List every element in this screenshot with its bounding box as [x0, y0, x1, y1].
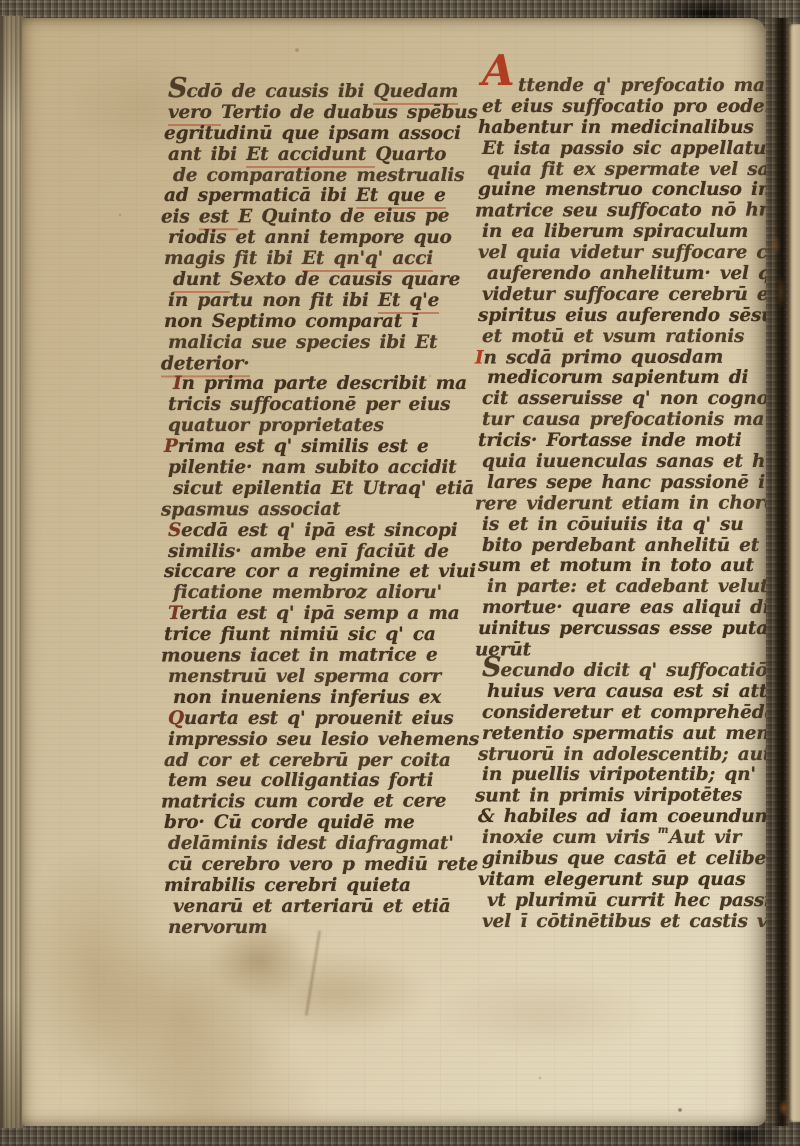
manuscript-text: T — [168, 603, 179, 624]
manuscript-line: tem seu colligantias forti — [168, 771, 468, 792]
manuscript-text: ttende q' prefocatio matricis — [518, 75, 766, 96]
manuscript-text: siccare cor a regimine et viui — [164, 561, 476, 582]
manuscript-text: cit asseruisse q' non cognosci — [482, 388, 766, 409]
manuscript-line: rere viderunt etiam in chore — [475, 493, 766, 515]
manuscript-text: ginibus que castā et celibem — [482, 848, 766, 869]
manuscript-line: ad spermaticā ibi Et que e — [164, 186, 464, 207]
manuscript-line: huius vera causa est si attēte — [487, 682, 766, 703]
manuscript-line: impressio seu lesio vehemens — [168, 730, 468, 751]
manuscript-line: In scdā primo quosdam — [475, 347, 766, 369]
manuscript-line: in puellis viripotentib; qn' — [482, 765, 766, 786]
manuscript-line: trice fiunt nimiū sic q' ca — [164, 625, 464, 646]
manuscript-text: ad cor et cerebrū per coita — [164, 750, 451, 771]
manuscript-line: habentur in medicinalibus — [478, 118, 766, 139]
crease-mark — [305, 930, 320, 1015]
manuscript-line: sunt in primis viripotētes — [475, 786, 766, 808]
manuscript-text: delāminis idest diafragmat' — [168, 833, 454, 854]
manuscript-line: malicia sue species ibi Et — [168, 333, 468, 354]
manuscript-text: auferendo anhelitum· vel q' — [487, 263, 766, 284]
manuscript-line: Attende q' prefocatio matricis — [482, 76, 766, 97]
manuscript-text: S — [168, 520, 181, 541]
manuscript-text: non Septimo comparat ī — [164, 311, 418, 332]
manuscript-line: spiritus eius auferendo sēsū — [478, 306, 766, 327]
manuscript-line: Quarta est q' prouenit eius — [168, 709, 468, 730]
manuscript-line: vel ī cōtinētibus et castis viduis — [482, 912, 766, 933]
manuscript-text: quia fit ex spermate vel san — [487, 159, 766, 180]
manuscript-line: spasmus associat — [161, 499, 461, 521]
manuscript-text: vt plurimū currit hec passio — [487, 890, 766, 911]
manuscript-text: consideretur et comprehēdat' — [482, 702, 766, 723]
manuscript-line: videtur suffocare cerebrū et — [482, 285, 766, 306]
manuscript-text: Sexto de causis quare — [230, 269, 460, 290]
manuscript-line: struorū in adolescentib; aut — [478, 745, 766, 766]
manuscript-text: in parte: et cadebant velut — [487, 576, 766, 597]
manuscript-text: S — [168, 73, 187, 104]
manuscript-line: sicut epilentia Et Utraq' etiā — [173, 479, 473, 500]
manuscript-line: in ea liberum spiraculum — [482, 222, 766, 243]
manuscript-line: eis est E Quinto de eius pe — [161, 207, 461, 229]
manuscript-text: & habiles ad iam coeundum — [478, 806, 766, 827]
manuscript-text: tur causa prefocationis ma — [482, 409, 764, 430]
manuscript-text: quia iuuenculas sanas et hi — [482, 451, 766, 472]
manuscript-text: videtur suffocare cerebrū et — [482, 284, 766, 305]
manuscript-text: uarta est q' prouenit eius — [184, 708, 454, 729]
manuscript-line: ant ibi Et accidunt Quarto — [168, 145, 468, 166]
manuscript-text: et eius suffocatio pro eodem — [482, 96, 766, 117]
manuscript-line: magis fit ibi Et qn'q' acci — [164, 249, 464, 270]
manuscript-text: medicorum sapientum di — [487, 367, 748, 388]
manuscript-text: magis fit ibi — [164, 248, 302, 269]
manuscript-line: dunt Sexto de causis quare — [173, 270, 473, 291]
manuscript-text: ecundo dicit q' suffocatiōe — [501, 660, 767, 681]
manuscript-text: spiritus eius auferendo sēsū — [478, 305, 766, 326]
manuscript-line: in parte: et cadebant velut — [487, 577, 766, 598]
manuscript-text: ficatione membroz alioru' — [173, 582, 442, 603]
manuscript-text: venarū et arteriarū et etiā — [173, 896, 451, 917]
text-column-left: Scdō de causis ibi Quedamvero Tertio de … — [168, 82, 468, 939]
manuscript-line: similis· ambe enī faciūt de — [168, 542, 468, 563]
manuscript-text: matricis cum corde et cere — [161, 791, 446, 813]
manuscript-line: medicorum sapientum di — [487, 368, 766, 389]
manuscript-text: E Quinto de eius pe — [238, 206, 449, 228]
manuscript-text: malicia sue species ibi Et — [168, 332, 437, 353]
manuscript-text: trice fiunt nimiū sic q' ca — [164, 624, 436, 645]
manuscript-text: retentio spermatis aut men — [482, 723, 766, 744]
manuscript-text: sicut epilentia Et Utraq' etiā — [173, 478, 474, 499]
manuscript-line: guine menstruo concluso in — [478, 180, 766, 201]
manuscript-text: uinitus percussas esse puta — [478, 618, 766, 639]
manuscript-text: quatuor proprietates — [168, 415, 384, 436]
manuscript-line: & habiles ad iam coeundum — [478, 807, 766, 828]
manuscript-text: vitam elegerunt sup quas — [478, 869, 745, 890]
gutter-shadow — [764, 18, 790, 1126]
manuscript-line: auferendo anhelitum· vel q' — [487, 264, 766, 285]
manuscript-line: delāminis idest diafragmat' — [168, 834, 468, 855]
manuscript-page: Scdō de causis ibi Quedamvero Tertio de … — [22, 18, 766, 1126]
manuscript-text: de causis ibi — [232, 81, 374, 102]
manuscript-text: lares sepe hanc passionē incur — [487, 472, 766, 493]
manuscript-text: n prima parte describit ma — [181, 373, 467, 394]
manuscript-line: menstruū vel sperma corr — [168, 667, 468, 688]
manuscript-line: venarū et arteriarū et etiā — [173, 897, 473, 918]
manuscript-line: bro· Cū corde quidē me — [164, 813, 464, 834]
manuscript-text: in partu non fit ibi — [168, 290, 378, 311]
manuscript-line: lares sepe hanc passionē incur — [487, 473, 766, 494]
manuscript-line: ficatione membroz alioru' — [173, 583, 473, 604]
manuscript-text: vel ī cōtinētibus et castis viduis — [482, 911, 766, 932]
manuscript-text: egritudinū que ipsam associ — [164, 123, 461, 144]
manuscript-text: ant ibi — [168, 144, 246, 165]
manuscript-text: n scdā primo quosdam — [483, 346, 723, 368]
manuscript-line: non Septimo comparat ī — [164, 312, 464, 333]
manuscript-text: guine menstruo concluso in — [478, 179, 766, 200]
manuscript-line: vel quia videtur suffocare cor — [478, 243, 766, 264]
manuscript-text: tem seu colligantias forti — [168, 770, 433, 791]
manuscript-line: et eius suffocatio pro eodem — [482, 97, 766, 118]
manuscript-line: quatuor proprietates — [168, 416, 468, 437]
manuscript-line: nervorum — [168, 918, 468, 939]
manuscript-text: ecdā est q' ipā est sincopi — [181, 520, 457, 541]
manuscript-line: riodis et anni tempore quo — [168, 228, 468, 249]
manuscript-text: habentur in medicinalibus — [478, 117, 754, 138]
manuscript-text: riodis et anni tempore quo — [168, 227, 452, 248]
manuscript-photo: Scdō de causis ibi Quedamvero Tertio de … — [0, 0, 800, 1146]
manuscript-line: uinitus percussas esse puta — [478, 619, 766, 640]
manuscript-text: impressio seu lesio vehemens — [168, 729, 479, 750]
manuscript-line: is et in cōuiuiis ita q' su — [482, 515, 766, 536]
manuscript-line: egritudinū que ipsam associ — [164, 124, 464, 145]
manuscript-text: mortue· quare eas aliqui di — [482, 597, 766, 618]
manuscript-text: vel quia videtur suffocare cor — [478, 242, 766, 263]
manuscript-text: eis — [161, 207, 199, 228]
manuscript-text: is et in cōuiuiis ita q' su — [482, 514, 744, 535]
manuscript-text: mirabilis cerebri quieta — [164, 875, 411, 896]
manuscript-line: uerūt — [475, 640, 766, 662]
manuscript-line: non inueniens inferius ex — [173, 688, 473, 709]
manuscript-text: rere viderunt etiam in chore — [475, 492, 766, 514]
book-fore-edges — [0, 16, 24, 1128]
manuscript-text: ertia est q' ipā semp a ma — [179, 603, 459, 624]
manuscript-text: Q — [168, 708, 184, 729]
manuscript-line: consideretur et comprehēdat' — [482, 703, 766, 724]
manuscript-line: et motū et vsum rationis — [482, 327, 766, 348]
manuscript-line: in partu non fit ibi Et q'e — [168, 291, 468, 312]
manuscript-text: rima est q' similis est e — [178, 436, 429, 457]
manuscript-text: de comparatione mestrualis — [173, 165, 464, 186]
manuscript-text: sum et motum in toto aut — [478, 555, 754, 576]
manuscript-text: Aut vir — [669, 827, 741, 848]
manuscript-line: deterior· — [161, 353, 461, 375]
manuscript-text: similis· ambe enī faciūt de — [168, 541, 449, 562]
manuscript-line: quia fit ex spermate vel san — [487, 160, 766, 181]
manuscript-line: Scdō de causis ibi Quedam — [168, 82, 468, 103]
manuscript-text: tricis suffocationē per eius — [168, 394, 450, 415]
manuscript-line: matricis cum corde et cere — [161, 792, 461, 814]
manuscript-line: Prima est q' similis est e — [164, 437, 464, 458]
manuscript-text: bro· Cū corde quidē me — [164, 812, 415, 833]
manuscript-text: m — [658, 825, 668, 836]
manuscript-text: bito perdebant anhelitū et sē — [482, 535, 766, 556]
manuscript-text: matrice seu suffocato nō hnte — [475, 200, 766, 222]
manuscript-text: cdō — [187, 81, 232, 102]
manuscript-text: spasmus associat — [161, 499, 340, 521]
manuscript-text: non inueniens inferius ex — [173, 687, 441, 708]
manuscript-line: quia iuuenculas sanas et hi — [482, 452, 766, 473]
manuscript-line: retentio spermatis aut men — [482, 724, 766, 745]
manuscript-text: tricis· Fortasse inde moti — [478, 430, 742, 451]
manuscript-line: sum et motum in toto aut — [478, 556, 766, 577]
manuscript-line: vitam elegerunt sup quas — [478, 870, 766, 891]
manuscript-text: S — [482, 652, 501, 683]
manuscript-line: de comparatione mestrualis — [173, 166, 473, 187]
manuscript-text: et motū et vsum rationis — [482, 326, 744, 347]
manuscript-line: tricis· Fortasse inde moti — [478, 431, 766, 452]
manuscript-line: ginibus que castā et celibem — [482, 849, 766, 870]
manuscript-line: inoxie cum viris mAut vir — [482, 828, 766, 849]
facing-page-edge — [788, 24, 800, 1122]
manuscript-line: cit asseruisse q' non cognosci — [482, 389, 766, 410]
manuscript-text: huius vera causa est si attēte — [487, 681, 766, 702]
manuscript-line: ad cor et cerebrū per coita — [164, 751, 464, 772]
manuscript-line: vt plurimū currit hec passio — [487, 891, 766, 912]
manuscript-line: matrice seu suffocato nō hnte — [475, 201, 766, 223]
manuscript-line: bito perdebant anhelitū et sē — [482, 536, 766, 557]
manuscript-line: mouens iacet in matrice e — [161, 646, 461, 668]
manuscript-line: Secundo dicit q' suffocatiōe — [482, 661, 766, 682]
manuscript-text: menstruū vel sperma corr — [168, 666, 441, 687]
manuscript-line: siccare cor a regimine et viui — [164, 562, 464, 583]
manuscript-line: In prima parte describit ma — [173, 374, 473, 395]
manuscript-line: tur causa prefocationis ma — [482, 410, 766, 431]
manuscript-line: cū cerebro vero p mediū rete — [168, 855, 468, 876]
manuscript-line: mirabilis cerebri quieta — [164, 876, 464, 897]
manuscript-text: struorū in adolescentib; aut — [478, 744, 766, 765]
manuscript-line: tricis suffocationē per eius — [168, 395, 468, 416]
manuscript-line: mortue· quare eas aliqui di — [482, 598, 766, 619]
manuscript-line: vero Tertio de duabus spēbus — [168, 103, 468, 124]
manuscript-text: in puellis viripotentib; qn' — [482, 764, 756, 785]
manuscript-text: ad spermaticā ibi — [164, 185, 356, 206]
manuscript-text: mouens iacet in matrice e — [161, 645, 438, 667]
manuscript-text: cū cerebro vero p mediū rete — [168, 854, 478, 875]
manuscript-text: sunt in primis viripotētes — [475, 785, 742, 807]
manuscript-text: pilentie· nam subito accidit — [168, 457, 457, 478]
manuscript-text: P — [164, 436, 178, 457]
manuscript-line: pilentie· nam subito accidit — [168, 458, 468, 479]
text-column-right: Attende q' prefocatio matriciset eius su… — [482, 76, 766, 933]
manuscript-line: Tertia est q' ipā semp a ma — [168, 604, 468, 625]
manuscript-text: in ea liberum spiraculum — [482, 221, 748, 242]
manuscript-text: nervorum — [168, 917, 267, 938]
manuscript-line: Secdā est q' ipā est sincopi — [168, 521, 468, 542]
manuscript-text: Et ista passio sic appellatur — [482, 138, 766, 159]
manuscript-text: Tertio de duabus spēbus — [221, 102, 478, 123]
manuscript-text: inoxie cum viris — [482, 827, 659, 848]
manuscript-line: Et ista passio sic appellatur — [482, 139, 766, 160]
manuscript-text: Quarto — [375, 144, 446, 165]
